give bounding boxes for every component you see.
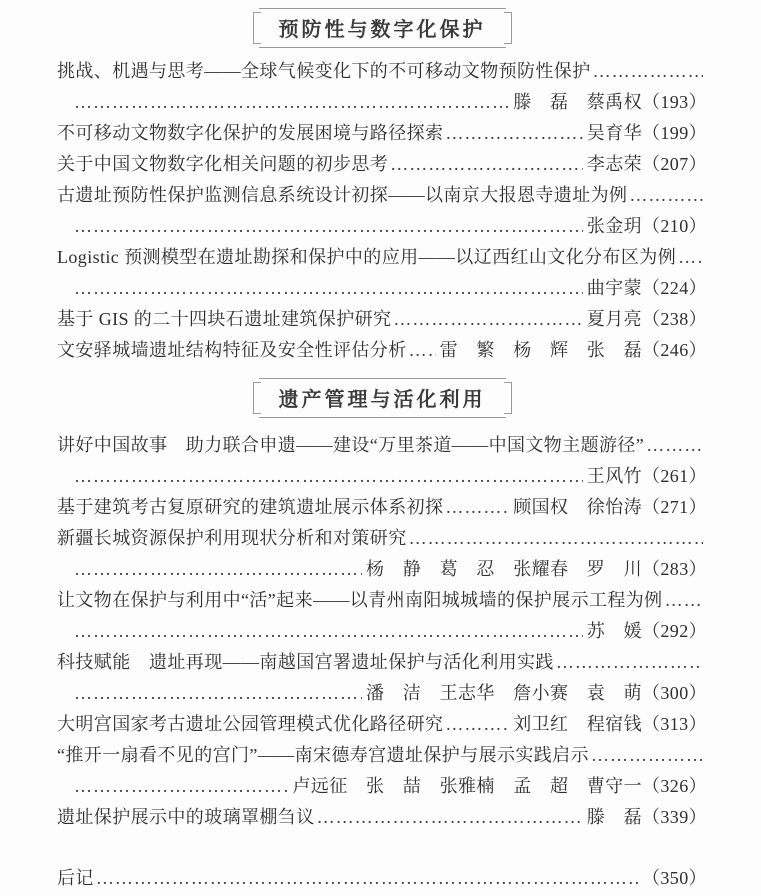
entry-authors-page: 苏 媛（292） bbox=[587, 616, 707, 647]
entry-authors-page: 曲宇蒙（224） bbox=[587, 273, 707, 304]
toc-row: …………………………………………………………………………………………………………… bbox=[57, 554, 707, 585]
entry-title: 让文物在保护与利用中“活”起来——以青州南阳城城墙的保护展示工程为例 bbox=[57, 585, 663, 616]
entry-title: 挑战、机遇与思考——全球气候变化下的不可移动文物预防性保护 bbox=[57, 56, 591, 87]
leader-dots: …………………………………………………………………………………………………………… bbox=[74, 771, 288, 802]
toc-row: 基于 GIS 的二十四块石遗址建筑保护研究…………………………………………………… bbox=[57, 304, 707, 335]
leader-dots: …………………………………………………………………………………………………………… bbox=[74, 554, 362, 585]
toc-row: 关于中国文物数字化相关问题的初步思考…………………………………………………………… bbox=[57, 149, 707, 180]
entry-title: 基于 GIS 的二十四块石遗址建筑保护研究 bbox=[57, 304, 391, 335]
entry-title: 关于中国文物数字化相关问题的初步思考 bbox=[57, 149, 388, 180]
toc-row: 古遗址预防性保护监测信息系统设计初探——以南京大报恩寺遗址为例………………………… bbox=[57, 180, 707, 211]
leader-dots: …………………………………………………………………………………………………………… bbox=[74, 87, 509, 118]
entry-authors-page: 吴育华（199） bbox=[587, 118, 707, 149]
entry-authors-page: 滕 磊（339） bbox=[587, 802, 707, 833]
section-title-preventive-digital-protection: 预防性与数字化保护 bbox=[259, 8, 506, 48]
toc-row: …………………………………………………………………………………………………………… bbox=[57, 616, 707, 647]
entry-title: 大明宫国家考古遗址公园管理模式优化路径研究 bbox=[57, 709, 443, 740]
section-1-entries: 挑战、机遇与思考——全球气候变化下的不可移动文物预防性保护……………………………… bbox=[57, 56, 707, 366]
leader-dots: …………………………………………………………………………………………………………… bbox=[390, 149, 583, 180]
entry-authors-page: 张金玥（210） bbox=[587, 211, 707, 242]
entry-authors-page: 杨 静 葛 忍 张耀春 罗 川（283） bbox=[366, 554, 707, 585]
toc-row: …………………………………………………………………………………………………………… bbox=[57, 771, 707, 802]
toc-row: …………………………………………………………………………………………………………… bbox=[57, 461, 707, 492]
leader-dots: …………………………………………………………………………………………………………… bbox=[445, 118, 582, 149]
entry-authors-page: 王风竹（261） bbox=[587, 461, 707, 492]
toc-row: Logistic 预测模型在遗址勘探和保护中的应用——以辽西红山文化分布区为例…… bbox=[57, 242, 707, 273]
leader-dots: …………………………………………………………………………………………………………… bbox=[593, 56, 703, 87]
entry-authors-page: 刘卫红 程宿钱（313） bbox=[513, 709, 707, 740]
toc-row: 后记……………………………………………………………………………………………………… bbox=[57, 863, 707, 894]
leader-dots: …………………………………………………………………………………………………………… bbox=[74, 678, 362, 709]
leader-dots: …………………………………………………………………………………………………………… bbox=[678, 242, 703, 273]
section-header-row-1: 预防性与数字化保护 bbox=[57, 8, 707, 48]
leader-dots: …………………………………………………………………………………………………………… bbox=[665, 585, 703, 616]
toc-row: 新疆长城资源保护利用现状分析和对策研究………………………………………………………… bbox=[57, 523, 707, 554]
entry-title: “推开一扇看不见的宫门”——南宋德寿宫遗址保护与展示实践启示 bbox=[57, 740, 589, 771]
section-title-heritage-management-utilization: 遗产管理与活化利用 bbox=[259, 378, 506, 418]
entry-title: 古遗址预防性保护监测信息系统设计初探——以南京大报恩寺遗址为例 bbox=[57, 180, 627, 211]
entry-authors-page: （350） bbox=[642, 863, 707, 894]
entry-title: 基于建筑考古复原研究的建筑遗址展示体系初探 bbox=[57, 492, 443, 523]
entry-authors-page: 李志荣（207） bbox=[587, 149, 707, 180]
leader-dots: …………………………………………………………………………………………………………… bbox=[74, 273, 583, 304]
leader-dots: …………………………………………………………………………………………………………… bbox=[317, 802, 583, 833]
entry-authors-page: 顾国权 徐怡涛（271） bbox=[513, 492, 707, 523]
entry-authors-page: 卢远征 张 喆 张雅楠 孟 超 曹守一（326） bbox=[292, 771, 707, 802]
leader-dots: …………………………………………………………………………………………………………… bbox=[629, 180, 703, 211]
leader-dots: …………………………………………………………………………………………………………… bbox=[409, 335, 436, 366]
entry-authors-page: 夏月亮（238） bbox=[587, 304, 707, 335]
leader-dots: …………………………………………………………………………………………………………… bbox=[393, 304, 582, 335]
toc-row: 科技赋能 遗址再现——南越国宫署遗址保护与活化利用实践…………………………………… bbox=[57, 647, 707, 678]
entry-title: 新疆长城资源保护利用现状分析和对策研究 bbox=[57, 523, 407, 554]
section-2-entries: 讲好中国故事 助力联合申遗——建设“万里茶道——中国文物主题游径”…………………… bbox=[57, 430, 707, 833]
entry-authors-page: 潘 洁 王志华 詹小赛 袁 萌（300） bbox=[366, 678, 707, 709]
entry-title: 文安驿城墙遗址结构特征及安全性评估分析 bbox=[57, 335, 407, 366]
leader-dots: …………………………………………………………………………………………………………… bbox=[646, 430, 703, 461]
entry-title: 后记 bbox=[57, 863, 94, 894]
toc-row: 让文物在保护与利用中“活”起来——以青州南阳城城墙的保护展示工程为例………………… bbox=[57, 585, 707, 616]
toc-row: …………………………………………………………………………………………………………… bbox=[57, 211, 707, 242]
toc-page: 预防性与数字化保护 挑战、机遇与思考——全球气候变化下的不可移动文物预防性保护…… bbox=[0, 0, 761, 896]
toc-row: 挑战、机遇与思考——全球气候变化下的不可移动文物预防性保护……………………………… bbox=[57, 56, 707, 87]
entry-title: 不可移动文物数字化保护的发展困境与路径探索 bbox=[57, 118, 443, 149]
toc-row: 遗址保护展示中的玻璃罩棚刍议……………………………………………………………………… bbox=[57, 802, 707, 833]
toc-row: 不可移动文物数字化保护的发展困境与路径探索…………………………………………………… bbox=[57, 118, 707, 149]
entry-title: 讲好中国故事 助力联合申遗——建设“万里茶道——中国文物主题游径” bbox=[57, 430, 644, 461]
entry-authors-page: 雷 繁 杨 辉 张 磊（246） bbox=[440, 335, 707, 366]
toc-row: 文安驿城墙遗址结构特征及安全性评估分析………………………………………………………… bbox=[57, 335, 707, 366]
postscript-entry: 后记……………………………………………………………………………………………………… bbox=[57, 863, 707, 894]
toc-row: …………………………………………………………………………………………………………… bbox=[57, 87, 707, 118]
toc-row: …………………………………………………………………………………………………………… bbox=[57, 678, 707, 709]
leader-dots: …………………………………………………………………………………………………………… bbox=[74, 461, 583, 492]
entry-authors-page: 滕 磊 蔡禹权（193） bbox=[513, 87, 707, 118]
entry-title: Logistic 预测模型在遗址勘探和保护中的应用——以辽西红山文化分布区为例 bbox=[57, 242, 676, 273]
leader-dots: …………………………………………………………………………………………………………… bbox=[445, 709, 509, 740]
toc-row: …………………………………………………………………………………………………………… bbox=[57, 273, 707, 304]
leader-dots: …………………………………………………………………………………………………………… bbox=[74, 616, 583, 647]
leader-dots: …………………………………………………………………………………………………………… bbox=[96, 863, 638, 894]
leader-dots: …………………………………………………………………………………………………………… bbox=[74, 211, 583, 242]
entry-title: 科技赋能 遗址再现——南越国宫署遗址保护与活化利用实践 bbox=[57, 647, 554, 678]
toc-row: 讲好中国故事 助力联合申遗——建设“万里茶道——中国文物主题游径”…………………… bbox=[57, 430, 707, 461]
section-header-row-2: 遗产管理与活化利用 bbox=[57, 378, 707, 418]
leader-dots: …………………………………………………………………………………………………………… bbox=[591, 740, 703, 771]
leader-dots: …………………………………………………………………………………………………………… bbox=[409, 523, 703, 554]
toc-row: 基于建筑考古复原研究的建筑遗址展示体系初探…………………………………………………… bbox=[57, 492, 707, 523]
toc-row: 大明宫国家考古遗址公园管理模式优化路径研究…………………………………………………… bbox=[57, 709, 707, 740]
entry-title: 遗址保护展示中的玻璃罩棚刍议 bbox=[57, 802, 315, 833]
toc-row: “推开一扇看不见的宫门”——南宋德寿宫遗址保护与展示实践启示…………………………… bbox=[57, 740, 707, 771]
leader-dots: …………………………………………………………………………………………………………… bbox=[556, 647, 703, 678]
leader-dots: …………………………………………………………………………………………………………… bbox=[445, 492, 509, 523]
